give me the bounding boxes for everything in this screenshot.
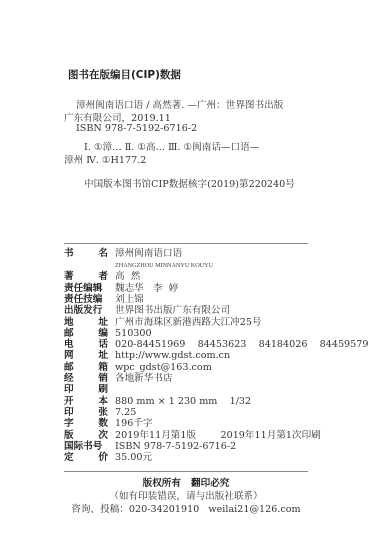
row-value: wpc_gdst@163.com bbox=[115, 362, 212, 373]
row-value: 880 mm × 1 230 mm 1/32 bbox=[115, 396, 251, 407]
row-label: 网址 bbox=[64, 350, 108, 361]
colophon-row: 国际书号ISBN 978-7-5192-6716-2 bbox=[64, 441, 236, 452]
colophon-row: 印张7.25 bbox=[64, 407, 136, 418]
row-value: 刘上锦 bbox=[115, 294, 144, 305]
colophon-row: 网址http://www.gdst.com.cn bbox=[64, 350, 230, 361]
row-value: http://www.gdst.com.cn bbox=[115, 350, 230, 361]
row-label: 经销 bbox=[64, 373, 108, 384]
row-value: 35.00元 bbox=[115, 452, 152, 463]
row-value: 2019年11月第1版 2019年11月第1次印刷 bbox=[115, 430, 321, 441]
colophon-row: 版次2019年11月第1版 2019年11月第1次印刷 bbox=[64, 430, 321, 441]
row-label: 责任技编 bbox=[64, 294, 108, 305]
row-value: 020-84451969 84453623 84184026 84459579 bbox=[115, 339, 368, 350]
colophon-row: 责任编辑魏志华 李 婷 bbox=[64, 283, 178, 294]
top-rule bbox=[64, 243, 308, 244]
row-value: 510300 bbox=[115, 328, 152, 339]
colophon-row: 电话020-84451969 84453623 84184026 8445957… bbox=[64, 339, 368, 350]
row-value: 广州市海珠区新港西路大江冲25号 bbox=[115, 317, 262, 328]
book-name-pinyin: ZHANGZHOU MINNANYU KOUYU bbox=[115, 262, 213, 269]
colophon-row: 出版发行世界图书出版广东有限公司 bbox=[64, 305, 230, 316]
defect-notice: （如有印装错误，请与出版社联系） bbox=[64, 488, 308, 502]
row-value: 各地新华书店 bbox=[115, 373, 173, 384]
row-label: 定价 bbox=[64, 452, 108, 463]
row-value: 世界图书出版广东有限公司 bbox=[115, 305, 230, 316]
colophon-row: 开本880 mm × 1 230 mm 1/32 bbox=[64, 396, 251, 407]
row-label: 著者 bbox=[64, 271, 108, 282]
row-label: 邮编 bbox=[64, 328, 108, 339]
bottom-rule bbox=[64, 471, 308, 472]
row-value: 高 然 bbox=[115, 271, 140, 282]
colophon-row: 著者高 然 bbox=[64, 271, 140, 282]
colophon-row: 地址广州市海珠区新港西路大江冲25号 bbox=[64, 317, 262, 328]
book-name-value: 漳州闽南语口语 bbox=[115, 248, 182, 259]
row-label: 字数 bbox=[64, 418, 108, 429]
row-value: ISBN 978-7-5192-6716-2 bbox=[115, 441, 236, 452]
row-value: 魏志华 李 婷 bbox=[115, 283, 178, 294]
copyright-notice: 版权所有 翻印必究 bbox=[64, 475, 308, 489]
cip-line-classification: Ⅰ. ①漳… Ⅱ. ①高… Ⅲ. ①闽南话—口语— bbox=[84, 139, 259, 153]
colophon-row: 经销各地新华书店 bbox=[64, 373, 173, 384]
row-label: 书 名 bbox=[64, 248, 108, 259]
row-label: 国际书号 bbox=[64, 441, 108, 452]
colophon-row: 邮编510300 bbox=[64, 328, 152, 339]
cip-line-1: 漳州闽南语口语 / 高然著. —广州：世界图书出版 bbox=[76, 97, 283, 111]
contact-info: 咨询、投稿：020-34201910 weilai21@126.com bbox=[64, 501, 308, 515]
row-label: 地址 bbox=[64, 317, 108, 328]
row-book-name: 书 名 漳州闽南语口语 bbox=[64, 248, 182, 259]
cip-line-classification-cont: 漳州 Ⅳ. ①H177.2 bbox=[64, 152, 146, 166]
cip-line-isbn: ISBN 978-7-5192-6716-2 bbox=[76, 123, 197, 134]
cip-line-2: 广东有限公司，2019.11 bbox=[64, 110, 171, 124]
colophon-row: 定价35.00元 bbox=[64, 452, 152, 463]
colophon-row: 邮箱wpc_gdst@163.com bbox=[64, 362, 212, 373]
row-label: 出版发行 bbox=[64, 305, 108, 316]
row-label: 邮箱 bbox=[64, 362, 108, 373]
row-label: 印刷 bbox=[64, 384, 108, 395]
row-label: 印张 bbox=[64, 407, 108, 418]
colophon-row: 印刷 bbox=[64, 384, 115, 395]
row-label: 版次 bbox=[64, 430, 108, 441]
row-label: 开本 bbox=[64, 396, 108, 407]
colophon-row: 字数196千字 bbox=[64, 418, 153, 429]
row-label: 责任编辑 bbox=[64, 283, 108, 294]
cip-title: 图书在版编目(CIP)数据 bbox=[68, 67, 181, 82]
colophon-row: 责任技编刘上锦 bbox=[64, 294, 144, 305]
row-value: 7.25 bbox=[115, 407, 136, 418]
row-label: 电话 bbox=[64, 339, 108, 350]
row-value: 196千字 bbox=[115, 418, 153, 429]
cip-number: 中国版本图书馆CIP数据核字(2019)第220240号 bbox=[84, 176, 295, 190]
